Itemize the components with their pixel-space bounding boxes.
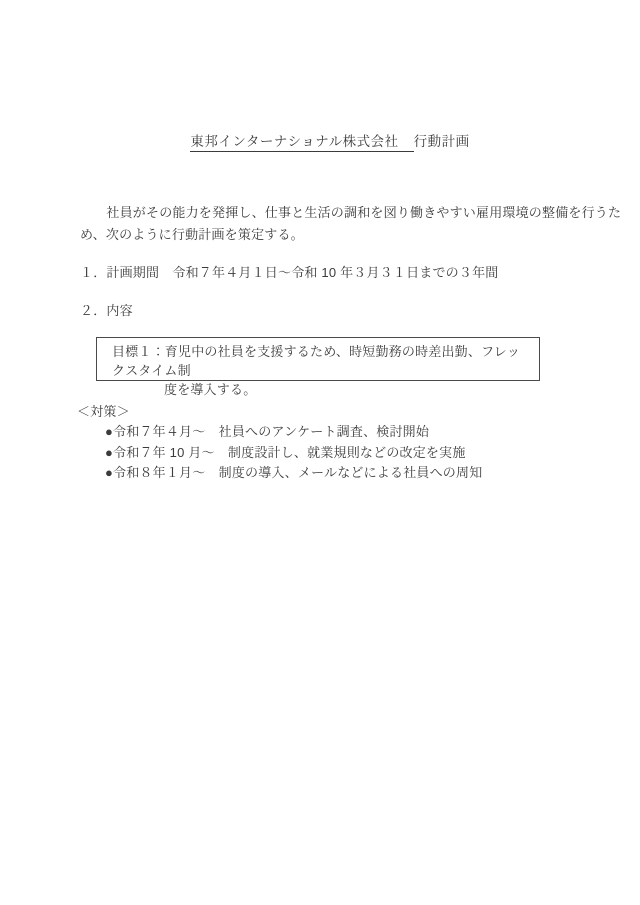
goal-box-line-2: 度を導入する。: [164, 380, 531, 399]
section-plan-period: １．計画期間 令和７年４月１日～令和 10 年３月３１日までの３年間: [80, 262, 498, 281]
intro-line-1: 社員がその能力を発揮し、仕事と生活の調和を図り働きやすい雇用環境の整備を行うた: [80, 202, 570, 224]
company-name: 東邦インターナショナル株式会社: [190, 134, 413, 152]
document-page: 東邦インターナショナル株式会社行動計画 社員がその能力を発揮し、仕事と生活の調和…: [0, 0, 640, 905]
intro-line-2: め、次のように行動計画を策定する。: [80, 224, 570, 246]
measure-item-1: ●令和７年４月～ 社員へのアンケート調査、検討開始: [77, 422, 557, 442]
section-contents: ２．内容: [80, 300, 133, 319]
document-title-text: 行動計画: [414, 134, 470, 149]
measure-item-2: ●令和７年 10 月～ 制度設計し、就業規則などの改定を実施: [77, 443, 557, 463]
intro-paragraph: 社員がその能力を発揮し、仕事と生活の調和を図り働きやすい雇用環境の整備を行うた …: [80, 202, 570, 246]
goal-box-line-1: 目標１：育児中の社員を支援するため、時短勤務の時差出勤、フレックスタイム制: [112, 342, 531, 380]
measure-item-3: ●令和８年１月～ 制度の導入、メールなどによる社員への周知: [77, 463, 557, 483]
document-title: 東邦インターナショナル株式会社行動計画: [0, 130, 640, 150]
measures-section: ＜対策＞ ●令和７年４月～ 社員へのアンケート調査、検討開始 ●令和７年 10 …: [77, 402, 557, 483]
goal-box: 目標１：育児中の社員を支援するため、時短勤務の時差出勤、フレックスタイム制 度を…: [96, 337, 540, 381]
measures-heading: ＜対策＞: [77, 402, 557, 422]
